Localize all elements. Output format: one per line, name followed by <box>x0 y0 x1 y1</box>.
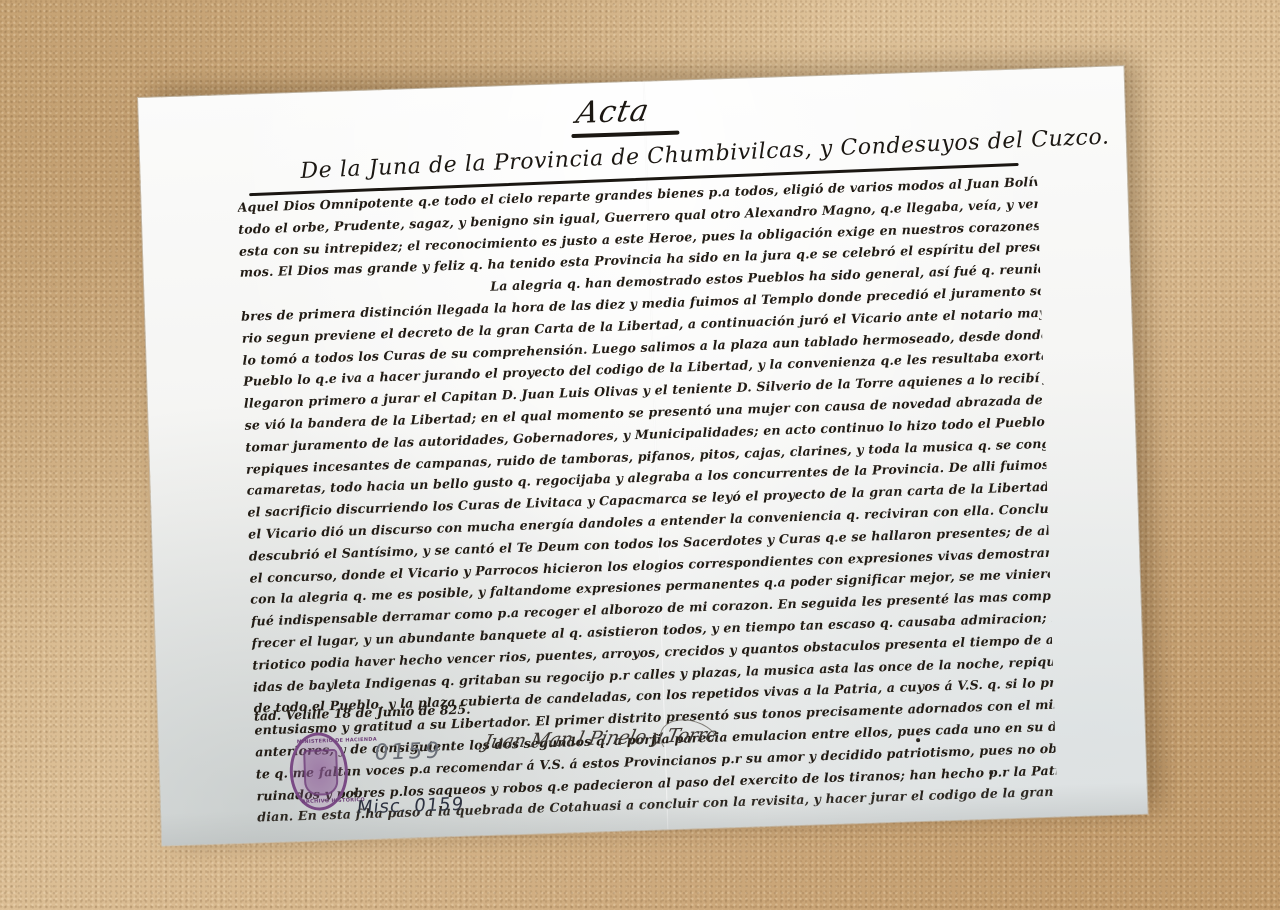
manuscript-page: Acta De la Juna de la Provincia de Chumb… <box>138 66 1148 845</box>
misc-catalog-number: Misc. 0159 <box>356 794 465 819</box>
title-underline <box>571 131 679 138</box>
coat-of-arms-icon <box>303 749 338 796</box>
archive-number: 0159 <box>373 738 444 765</box>
document-title: Acta <box>574 93 653 131</box>
